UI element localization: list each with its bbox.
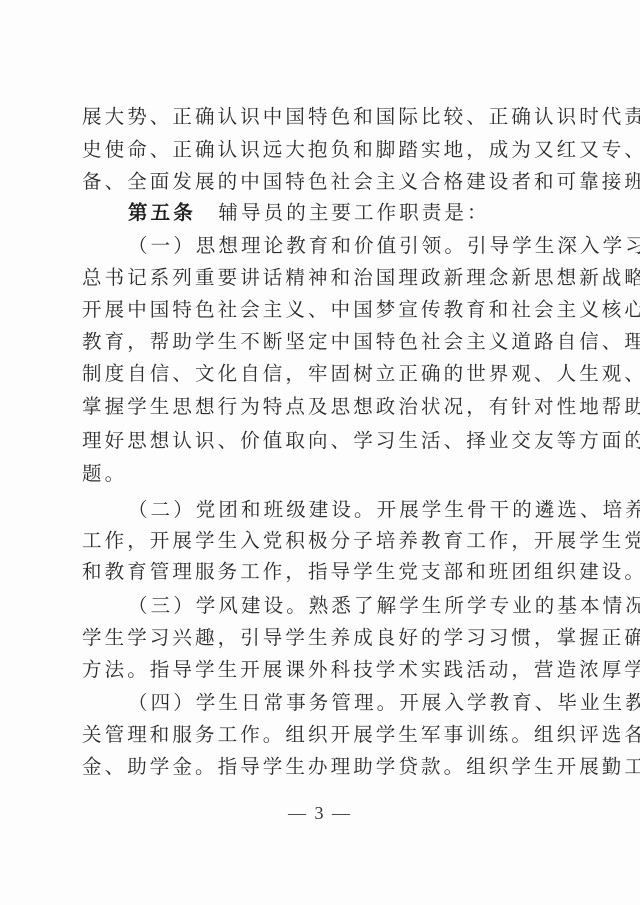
paragraph-line: 展大势、正确认识中国特色和国际比较、正确认识时代责任和历 [82, 102, 558, 132]
article-heading: 第五条 辅导员的主要工作职责是： [128, 198, 558, 228]
paragraph-line: 关管理和服务工作。组织开展学生军事训练。组织评选各类奖学 [82, 720, 558, 750]
item-two-heading-line: （二）党团和班级建设。开展学生骨干的遴选、培养、激励 [128, 495, 558, 525]
paragraph-line: 题。 [82, 459, 558, 489]
paragraph-line: 教育，帮助学生不断坚定中国特色社会主义道路自信、理论自信、 [82, 327, 558, 357]
paragraph-line: 开展中国特色社会主义、中国梦宣传教育和社会主义核心价值观 [82, 295, 558, 325]
item-four-heading-line: （四）学生日常事务管理。开展入学教育、毕业生教育及相 [128, 688, 558, 718]
document-page: 展大势、正确认识中国特色和国际比较、正确认识时代责任和历 史使命、正确认识远大抱… [0, 0, 640, 905]
item-one-heading-line: （一）思想理论教育和价值引领。引导学生深入学习习近平 [128, 231, 558, 261]
item-three-heading-line: （三）学风建设。熟悉了解学生所学专业的基本情况，激发 [128, 591, 558, 621]
article-heading-text: 辅导员的主要工作职责是： [196, 201, 490, 224]
paragraph-line: 金、助学金。指导学生办理助学贷款。组织学生开展勤工俭学活 [82, 752, 558, 782]
paragraph-line: 工作，开展学生入党积极分子培养教育工作，开展学生党员发展 [82, 526, 558, 556]
paragraph-line: 方法。指导学生开展课外科技学术实践活动，营造浓厚学习氛围。 [82, 655, 558, 685]
article-number: 第五条 [128, 201, 196, 224]
page-number: — 3 — [0, 803, 640, 824]
paragraph-line: 掌握学生思想行为特点及思想政治状况，有针对性地帮助学生处 [82, 392, 558, 422]
paragraph-line: 学生学习兴趣，引导学生养成良好的学习习惯，掌握正确的学习 [82, 623, 558, 653]
paragraph-line: 理好思想认识、价值取向、学习生活、择业交友等方面的具体问 [82, 426, 558, 456]
paragraph-line: 制度自信、文化自信，牢固树立正确的世界观、人生观、价值观。 [82, 359, 558, 389]
paragraph-line: 和教育管理服务工作，指导学生党支部和班团组织建设。 [82, 557, 558, 587]
paragraph-line: 史使命、正确认识远大抱负和脚踏实地，成为又红又专、德才兼 [82, 135, 558, 165]
paragraph-line: 总书记系列重要讲话精神和治国理政新理念新思想新战略，深入 [82, 263, 558, 293]
paragraph-line: 备、全面发展的中国特色社会主义合格建设者和可靠接班人。 [82, 167, 558, 197]
